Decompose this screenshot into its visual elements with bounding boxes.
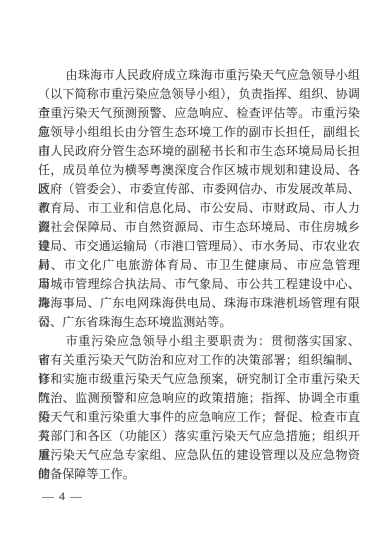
text-line: 急领导小组组长由分管生态环境工作的副市长担任，副组长由 (38, 123, 360, 142)
paragraph-1: 由珠海市人民政府成立珠海市重污染天气应急领导小组 （以下简称市重污染应急领导小组… (38, 66, 360, 332)
text-line: 市有关重污染天气防治和应对工作的决策部署；组织编制、修 (38, 351, 360, 370)
page-number: — 4 — (42, 488, 83, 504)
text-line: 市城市管理综合执法局、市气象局、市公共工程建设中心、珠 (38, 275, 360, 294)
text-line: 市重污染天气预测预警、应急响应、检查评估等。市重污染应 (38, 104, 360, 123)
document-page: 由珠海市人民政府成立珠海市重污染天气应急领导小组 （以下简称市重污染应急领导小组… (0, 0, 390, 551)
text-line: 教育局、市工业和信息化局、市公安局、市财政局、市人力资 (38, 199, 360, 218)
text-line: 设局、市交通运输局（市港口管理局）、市水务局、市农业农村 (38, 237, 360, 256)
text-line: 由珠海市人民政府成立珠海市重污染天气应急领导小组 (38, 66, 360, 85)
text-line: 订和实施市级重污染天气应急预案，研究制订全市重污染天气 (38, 370, 360, 389)
text-line: （以下简称市重污染应急领导小组），负责指挥、组织、协调全 (38, 85, 360, 104)
text-line: 任，成员单位为横琴粤澳深度合作区城市规划和建设局、各区 (38, 161, 360, 180)
text-line: 政府（管委会）、市委宣传部、市委网信办、市发展改革局、市 (38, 180, 360, 199)
document-body: 由珠海市人民政府成立珠海市重污染天气应急领导小组 （以下简称市重污染应急领导小组… (38, 66, 360, 484)
text-line: 市重污染应急领导小组主要职责为：贯彻落实国家、省、 (38, 332, 360, 351)
paragraph-2: 市重污染应急领导小组主要职责为：贯彻落实国家、省、 市有关重污染天气防治和应对工… (38, 332, 360, 484)
text-line: 源社会保障局、市自然资源局、市生态环境局、市住房城乡建 (38, 218, 360, 237)
text-line: 局、市文化广电旅游体育局、市卫生健康局、市应急管理局、 (38, 256, 360, 275)
text-line: 重污染天气应急专家组、应急队伍的建设管理以及应急物资的 (38, 446, 360, 465)
text-line: 关部门和各区（功能区）落实重污染天气应急措施；组织开展 (38, 427, 360, 446)
text-line: 市人民政府分管生态环境的副秘书长和市生态环境局局长担 (38, 142, 360, 161)
text-line: 防治、监测预警和应急响应的政策措施；指挥、协调全市重污 (38, 389, 360, 408)
text-line: 司、广东省珠海生态环境监测站等。 (38, 313, 360, 332)
text-line: 海海事局、广东电网珠海供电局、珠海市珠港机场管理有限公 (38, 294, 360, 313)
text-line: 染天气和重污染重大事件的应急响应工作；督促、检查市直有 (38, 408, 360, 427)
text-line: 储备保障等工作。 (38, 465, 360, 484)
